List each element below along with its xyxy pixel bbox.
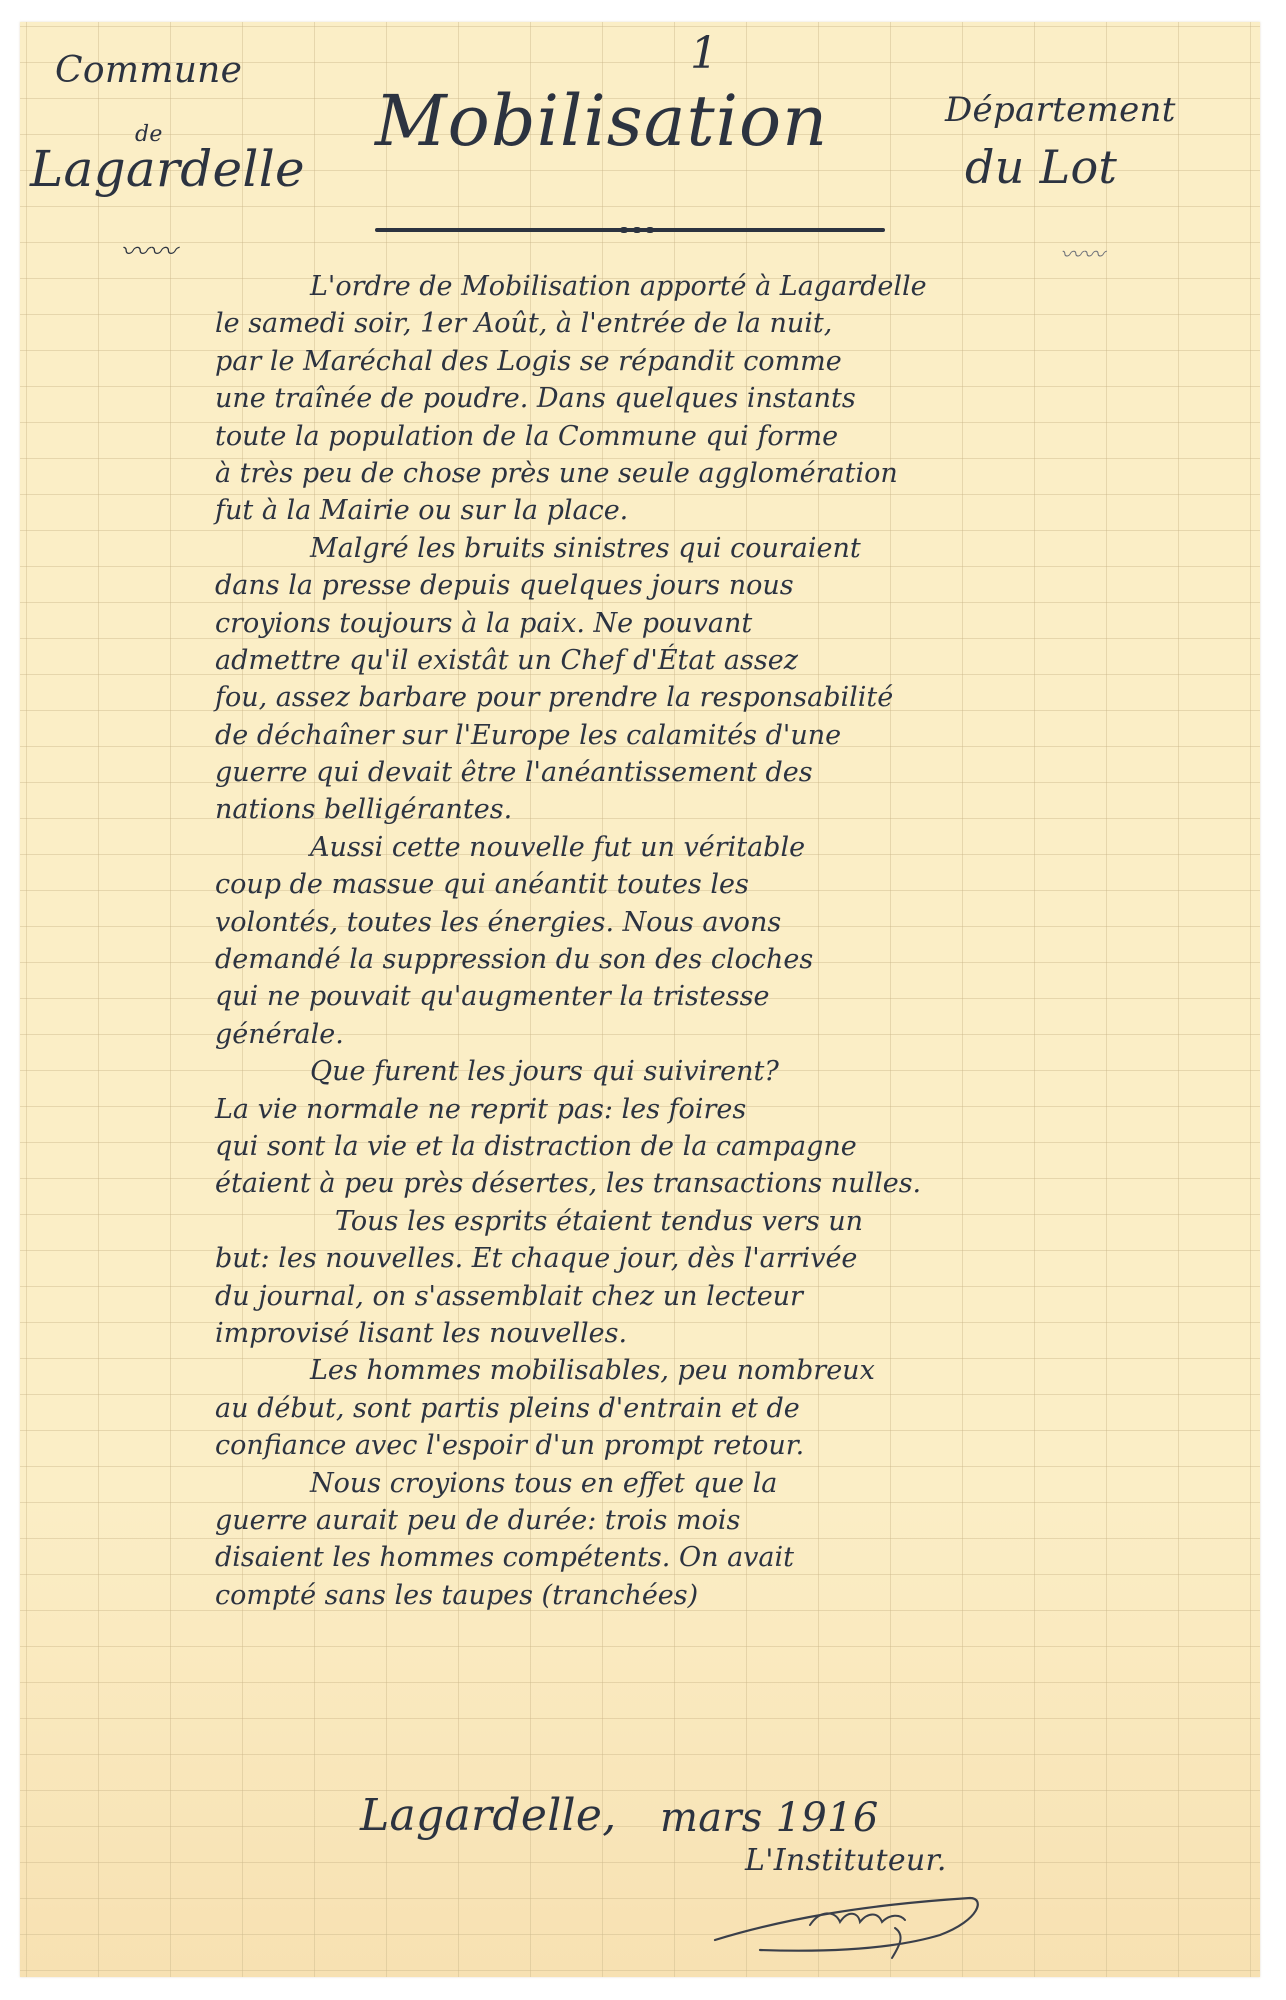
text-line: volontés, toutes les énergies. Nous avon… <box>215 904 1255 941</box>
text-line: confiance avec l'espoir d'un prompt reto… <box>215 1427 1255 1464</box>
header-department-name: du Lot <box>965 140 1117 194</box>
flourish-left-icon: 〰〰 <box>120 230 177 270</box>
title-underline-dots-icon <box>620 226 660 234</box>
text-line: au début, sont partis pleins d'entrain e… <box>215 1390 1255 1427</box>
text-line: qui sont la vie et la distraction de la … <box>215 1128 1255 1165</box>
text-line: Tous les esprits étaient tendus vers un <box>215 1203 1255 1240</box>
text-line: fut à la Mairie ou sur la place. <box>215 492 1255 529</box>
text-line: à très peu de chose près une seule agglo… <box>215 455 1255 492</box>
closing-role: L'Instituteur. <box>745 1843 947 1878</box>
text-line: coup de massue qui anéantit toutes les <box>215 866 1255 903</box>
header-commune-name: Lagardelle <box>30 140 305 198</box>
text-line: de déchaîner sur l'Europe les calamités … <box>215 717 1255 754</box>
signature-icon <box>700 1880 990 1960</box>
text-line: but: les nouvelles. Et chaque jour, dès … <box>215 1240 1255 1277</box>
flourish-right-icon: 〰〰 <box>1060 238 1105 269</box>
text-line: L'ordre de Mobilisation apporté à Lagard… <box>215 268 1255 305</box>
text-line: Que furent les jours qui suivirent? <box>215 1053 1255 1090</box>
text-line: admettre qu'il existât un Chef d'État as… <box>215 642 1255 679</box>
body-text: L'ordre de Mobilisation apporté à Lagard… <box>215 268 1255 1614</box>
text-line: Aussi cette nouvelle fut un véritable <box>215 829 1255 866</box>
text-line: demandé la suppression du son des cloche… <box>215 941 1255 978</box>
text-line: Les hommes mobilisables, peu nombreux <box>215 1352 1255 1389</box>
closing-place: Lagardelle, <box>360 1790 617 1841</box>
text-line: nations belligérantes. <box>215 791 1255 828</box>
text-line: dans la presse depuis quelques jours nou… <box>215 567 1255 604</box>
page-title: Mobilisation <box>375 80 828 162</box>
text-line: une traînée de poudre. Dans quelques ins… <box>215 380 1255 417</box>
text-line: Nous croyions tous en effet que la <box>215 1465 1255 1502</box>
text-line: disaient les hommes compétents. On avait <box>215 1539 1255 1576</box>
text-line: guerre aurait peu de durée: trois mois <box>215 1502 1255 1539</box>
text-line: toute la population de la Commune qui fo… <box>215 418 1255 455</box>
text-line: croyions toujours à la paix. Ne pouvant <box>215 605 1255 642</box>
text-line: fou, assez barbare pour prendre la respo… <box>215 679 1255 716</box>
text-line: improvisé lisant les nouvelles. <box>215 1315 1255 1352</box>
header-department-label: Département <box>945 90 1176 130</box>
text-line: Malgré les bruits sinistres qui couraien… <box>215 530 1255 567</box>
text-line: compté sans les taupes (tranchées) <box>215 1577 1255 1614</box>
closing-date: mars 1916 <box>660 1795 879 1841</box>
text-line: La vie normale ne reprit pas: les foires <box>215 1091 1255 1128</box>
text-line: guerre qui devait être l'anéantissement … <box>215 754 1255 791</box>
text-line: générale. <box>215 1016 1255 1053</box>
text-line: par le Maréchal des Logis se répandit co… <box>215 343 1255 380</box>
text-line: qui ne pouvait qu'augmenter la tristesse <box>215 978 1255 1015</box>
text-line: étaient à peu près désertes, les transac… <box>215 1165 1255 1202</box>
text-line: le samedi soir, 1er Août, à l'entrée de … <box>215 305 1255 342</box>
page-number: 1 <box>690 28 718 79</box>
header-commune-label: Commune <box>55 50 242 91</box>
text-line: du journal, on s'assemblait chez un lect… <box>215 1278 1255 1315</box>
